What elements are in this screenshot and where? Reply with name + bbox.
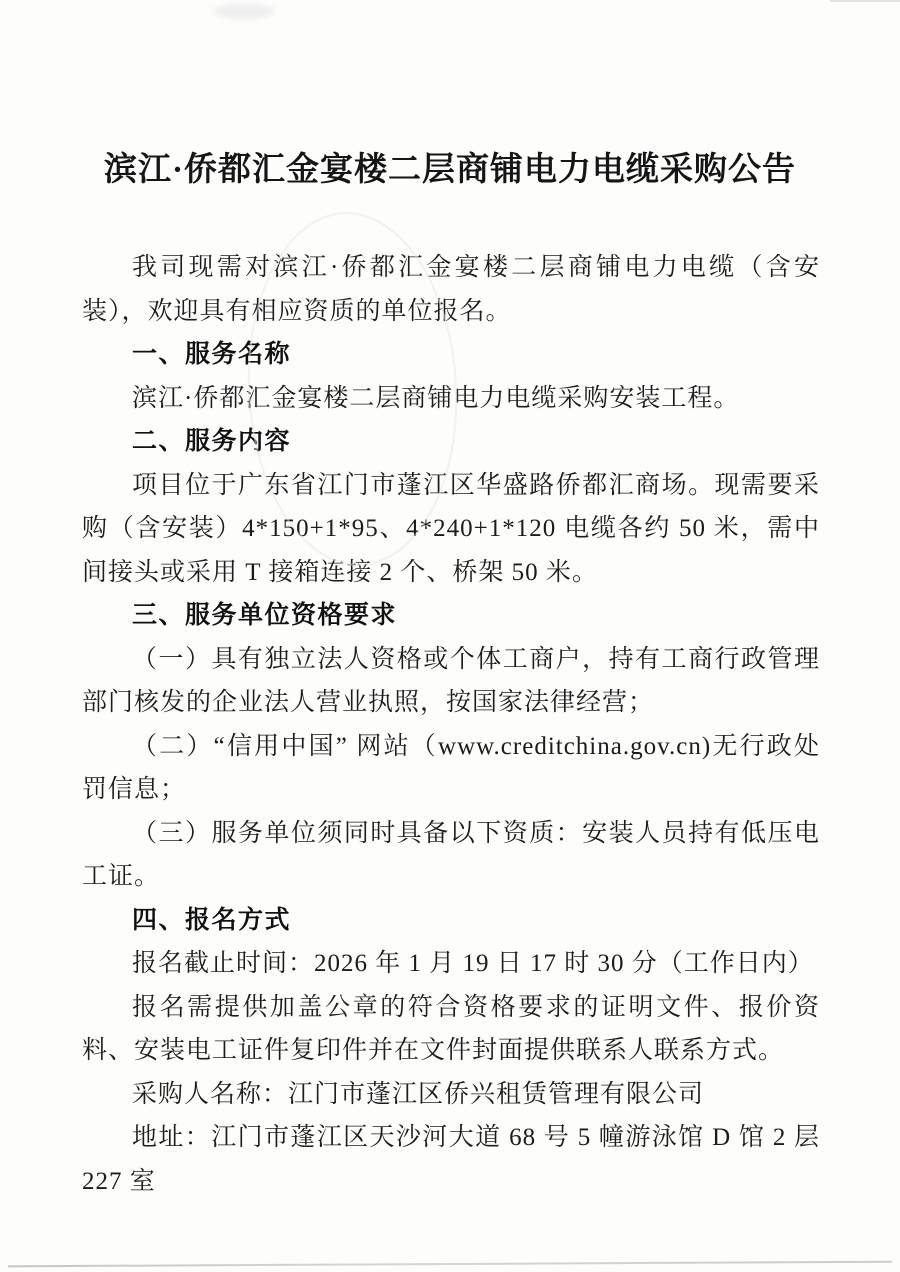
scanned-document-page: 滨江·侨都汇金宴楼二层商铺电力电缆采购公告 我司现需对滨江·侨都汇金宴楼二层商铺… [0,0,900,1272]
scan-artifact-smudge [213,4,275,19]
section-heading-registration: 四、报名方式 [82,899,820,943]
paragraph-intro: 我司现需对滨江·侨都汇金宴楼二层商铺电力电缆（含安装），欢迎具有相应资质的单位报… [82,246,820,333]
scan-artifact-bottom-line [8,1261,892,1268]
paragraph-address: 地址：江门市蓬江区天沙河大道 68 号 5 幢游泳馆 D 馆 2 层 227 室 [82,1116,820,1203]
paragraph-service-content: 项目位于广东省江门市蓬江区华盛路侨都汇商场。现需要采购（含安装）4*150+1*… [82,464,820,595]
scan-artifact-edge-mark [830,0,900,2]
paragraph-qualification-1: （一）具有独立法人资格或个体工商户，持有工商行政管理部门核发的企业法人营业执照，… [82,638,820,725]
paragraph-purchaser-name: 采购人名称：江门市蓬江区侨兴租赁管理有限公司 [82,1073,820,1117]
paragraph-qualification-3: （三）服务单位须同时具备以下资质：安装人员持有低压电工证。 [82,812,820,899]
document-title: 滨江·侨都汇金宴楼二层商铺电力电缆采购公告 [0,0,900,194]
section-heading-qualifications: 三、服务单位资格要求 [82,594,820,638]
paragraph-deadline: 报名截止时间：2026 年 1 月 19 日 17 时 30 分（工作日内） [82,942,820,986]
paragraph-qualification-2: （二）“信用中国” 网站（www.creditchina.gov.cn)无行政处… [82,725,820,812]
paragraph-materials: 报名需提供加盖公章的符合资格要求的证明文件、报价资料、安装电工证件复印件并在文件… [82,986,820,1073]
